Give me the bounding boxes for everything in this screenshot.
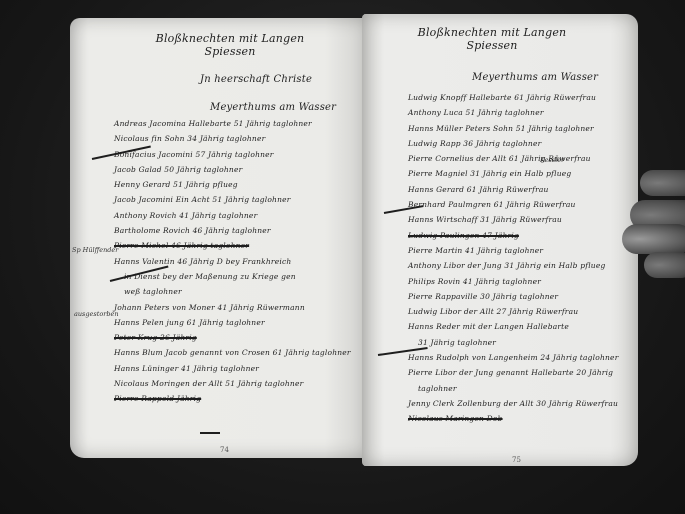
hand-finger xyxy=(640,170,685,196)
list-item: Henny Gerard 51 Jährig pflueg xyxy=(114,177,364,192)
list-item: Hanns Müller Peters Sohn 51 Jährig taglo… xyxy=(408,121,636,136)
list-item: Hanns Lüninger 41 Jährig taglohner xyxy=(114,361,364,376)
list-item: Bartholome Rovich 46 Jährig taglohner xyxy=(114,223,364,238)
list-item: Hanns Rudolph von Langenheim 24 Jährig t… xyxy=(408,350,636,365)
hand-fingertip xyxy=(622,224,685,254)
right-page-title: Bloßknechten mit Langen Spiessen xyxy=(412,26,572,52)
list-item: Pierre Libor der Jung genannt Hallebarte… xyxy=(408,365,636,380)
list-item: Pierre Rappaville 30 Jährig taglohner xyxy=(408,289,636,304)
left-title-line1: Bloßknechten mit Langen xyxy=(150,32,310,45)
list-item: Hanns Wirtschaff 31 Jährig Rüwerfrau xyxy=(408,212,636,227)
right-page-section-heading: Meyerthums am Wasser xyxy=(472,72,598,83)
list-item: Pierre Cornelius der Allt 61 Jährig Rüwe… xyxy=(408,151,636,166)
list-item: Hanns Valentin 46 Jährig D bey Frankhrei… xyxy=(114,254,364,269)
list-item: Ludwig Knopff Hallebarte 61 Jährig Rüwer… xyxy=(408,90,636,105)
list-item: Nicolaus fin Sohn 34 Jährig taglohner xyxy=(114,131,364,146)
left-page-section-heading: Meyerthums am Wasser xyxy=(210,102,336,113)
list-item: Jacob Jacomini Ein Acht 51 Jährig tagloh… xyxy=(114,192,364,207)
list-item: Hanns Gerard 61 Jährig Rüwerfrau xyxy=(408,182,636,197)
folio-number: 75 xyxy=(512,456,521,464)
list-item-continuation: taglohner xyxy=(408,381,636,396)
margin-note: ausgestorben xyxy=(74,310,119,318)
interlinear-note: Kessler xyxy=(540,156,564,164)
end-mark xyxy=(200,432,220,434)
list-item: Nicolaus Moringen der Allt 51 Jährig tag… xyxy=(114,376,364,391)
left-page-title: Bloßknechten mit Langen Spiessen xyxy=(150,32,310,58)
hand-finger xyxy=(644,252,685,278)
list-item: Anthony Libor der Jung 31 Jährig ein Hal… xyxy=(408,258,636,273)
list-item-struck: Pierre Michel 46 Jährig taglohner xyxy=(114,238,364,253)
left-page-subtitle: Jn heerschaft Christe xyxy=(200,74,312,85)
list-item-struck: Ludwig Paulingen 47 Jährig xyxy=(408,228,636,243)
list-item: Johann Peters von Moner 41 Jährig Rüwerm… xyxy=(114,300,364,315)
right-entry-list: Ludwig Knopff Hallebarte 61 Jährig Rüwer… xyxy=(408,90,636,427)
list-item-struck: Peter Krug 26 Jährig xyxy=(114,330,364,345)
list-item: Pierre Martin 41 Jährig taglohner xyxy=(408,243,636,258)
list-item-struck: Nicolaus Maringen Dob xyxy=(408,411,636,426)
right-title-line1: Bloßknechten mit Langen xyxy=(412,26,572,39)
right-page: Bloßknechten mit Langen Spiessen Meyerth… xyxy=(362,14,638,466)
list-item: Bernhard Paulmgren 61 Jährig Rüwerfrau xyxy=(408,197,636,212)
list-item: Hanns Pelen jung 61 Jährig taglohner xyxy=(114,315,364,330)
left-page: Bloßknechten mit Langen Spiessen Jn heer… xyxy=(70,18,370,458)
list-item-continuation: 31 Jährig taglohner xyxy=(408,335,636,350)
list-item: Ludwig Rapp 36 Jährig taglohner xyxy=(408,136,636,151)
list-item: Jacob Galad 50 Jährig taglohner xyxy=(114,162,364,177)
list-item-continuation: weß taglohner xyxy=(114,284,364,299)
list-item: Hanns Reder mit der Langen Hallebarte xyxy=(408,319,636,334)
right-title-line2: Spiessen xyxy=(412,39,572,52)
list-item: Andreas Jacomina Hallebarte 51 Jährig ta… xyxy=(114,116,364,131)
list-item-struck: Pierre Rappold Jährig xyxy=(114,391,364,406)
list-item: Anthony Luca 51 Jährig taglohner xyxy=(408,105,636,120)
margin-note: Sp Hülffender xyxy=(72,246,118,254)
list-item: Pierre Magniel 31 Jährig ein Halb pflueg xyxy=(408,166,636,181)
list-item: Jenny Clerk Zollenburg der Allt 30 Jähri… xyxy=(408,396,636,411)
list-item: Anthony Rovich 41 Jährig taglohner xyxy=(114,208,364,223)
list-item: Bonifacius Jacomini 57 Jährig taglohner xyxy=(114,147,364,162)
list-item: Hanns Blum Jacob genannt von Crosen 61 J… xyxy=(114,345,364,360)
list-item: Ludwig Libor der Allt 27 Jährig Rüwerfra… xyxy=(408,304,636,319)
left-title-line2: Spiessen xyxy=(150,45,310,58)
folio-number: 74 xyxy=(220,446,229,454)
left-entry-list: Andreas Jacomina Hallebarte 51 Jährig ta… xyxy=(114,116,364,407)
list-item: Philips Rovin 41 Jährig taglohner xyxy=(408,274,636,289)
